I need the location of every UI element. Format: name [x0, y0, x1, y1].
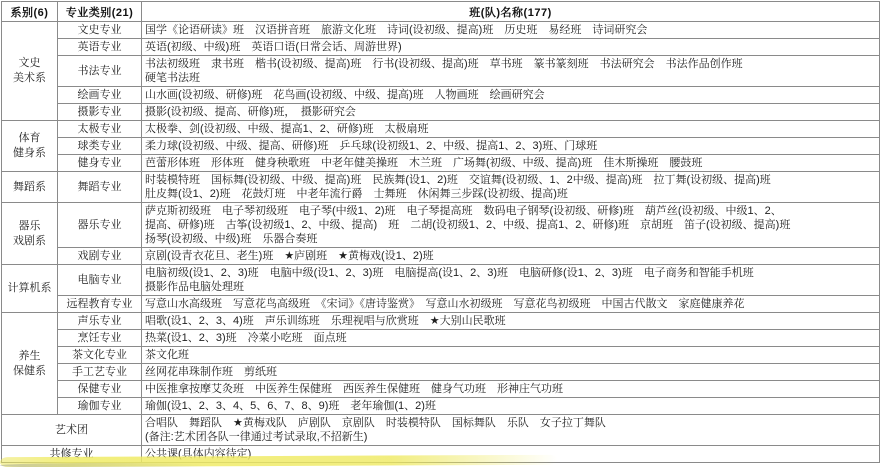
grey-smudge-mark: [0, 463, 210, 467]
table-row: 茶文化专业茶文化班: [2, 347, 880, 364]
course-table-body: 文史 美术系文史专业国学《论语研读》班 汉语拼音班 旅游文化班 诗词(设初级、提…: [2, 22, 880, 463]
major-cell: 绘画专业: [58, 87, 142, 104]
class-line: 书法初级班 隶书班 楷书(设初级、提高)班 行书(设初级、提高)班 草书班 篆书…: [145, 57, 876, 71]
class-line: 硬笔书法班: [145, 71, 876, 85]
major-cell: 保健专业: [58, 381, 142, 398]
classes-cell: 太极拳、剑(设初级、中级、提高1、2、研修)班 太极扇班: [142, 121, 880, 138]
classes-cell: 英语(初级、中级)班 英语口语(日常会话、周游世界): [142, 39, 880, 56]
classes-cell: 书法初级班 隶书班 楷书(设初级、提高)班 行书(设初级、提高)班 草书班 篆书…: [142, 56, 880, 87]
major-cell: 英语专业: [58, 39, 142, 56]
major-cell: 舞蹈专业: [58, 172, 142, 203]
department-cell: 体育 健身系: [2, 121, 58, 172]
class-line: 中医推拿按摩艾灸班 中医养生保健班 西医养生保健班 健身气功班 形神庄气功班: [145, 382, 876, 396]
table-row: 戏剧专业京剧(设青衣花旦、老生)班 ★庐剧班 ★黄梅戏(设1、2)班: [2, 248, 880, 265]
department-cell: 养生 保健系: [2, 313, 58, 415]
page: 系别(6) 专业类别(21) 班(队)名称(177) 文史 美术系文史专业国学《…: [0, 1, 882, 467]
major-cell: 球类专业: [58, 138, 142, 155]
table-row: 计算机系电脑专业电脑初级(设1、2、3)班 电脑中级(设1、2、3)班 电脑提高…: [2, 265, 880, 296]
major-cell: 瑜伽专业: [58, 398, 142, 415]
class-line: 国学《论语研读》班 汉语拼音班 旅游文化班 诗词(设初级、提高)班 历史班 易经…: [145, 23, 876, 37]
table-row: 文史 美术系文史专业国学《论语研读》班 汉语拼音班 旅游文化班 诗词(设初级、提…: [2, 22, 880, 39]
class-line: 唱歌(设1、2、3、4)班 声乐训练班 乐理视唱与欣赏班 ★大别山民歌班: [145, 314, 876, 328]
course-table: 系别(6) 专业类别(21) 班(队)名称(177) 文史 美术系文史专业国学《…: [1, 1, 880, 463]
class-line: 时装模特班 国标舞(设初级、中级、提高)班 民族舞(设1、2)班 交谊舞(设初级…: [145, 173, 876, 187]
table-row: 养生 保健系声乐专业唱歌(设1、2、3、4)班 声乐训练班 乐理视唱与欣赏班 ★…: [2, 313, 880, 330]
class-line: 柔力球(设初级、中级、提高、研修)班 乒乓球(设初级1、2、中级、提高1、2、3…: [145, 139, 876, 153]
major-cell: 茶文化专业: [58, 347, 142, 364]
table-row: 器乐 戏剧系器乐专业萨克斯初级班 电子琴初级班 电子琴(中级1、2)班 电子琴提…: [2, 203, 880, 248]
classes-cell: 公共课(具体内容待定): [142, 446, 880, 463]
table-row: 舞蹈系舞蹈专业时装模特班 国标舞(设初级、中级、提高)班 民族舞(设1、2)班 …: [2, 172, 880, 203]
classes-cell: 写意山水高级班 写意花鸟高级班 《宋词》《唐诗鉴赏》 写意山水初级班 写意花鸟初…: [142, 296, 880, 313]
class-line: 太极拳、剑(设初级、中级、提高1、2、研修)班 太极扇班: [145, 122, 876, 136]
classes-cell: 唱歌(设1、2、3、4)班 声乐训练班 乐理视唱与欣赏班 ★大别山民歌班: [142, 313, 880, 330]
classes-cell: 热菜(设1、2、3)班 冷菜小吃班 面点班: [142, 330, 880, 347]
major-cell: 戏剧专业: [58, 248, 142, 265]
class-line: 山水画(设初级、研修)班 花鸟画(设初级、中级、提高)班 人物画班 绘画研究会: [145, 88, 876, 102]
table-row: 手工艺专业丝网花串珠制作班 剪纸班: [2, 364, 880, 381]
table-row: 球类专业柔力球(设初级、中级、提高、研修)班 乒乓球(设初级1、2、中级、提高1…: [2, 138, 880, 155]
classes-cell: 京剧(设青衣花旦、老生)班 ★庐剧班 ★黄梅戏(设1、2)班: [142, 248, 880, 265]
department-cell: 舞蹈系: [2, 172, 58, 203]
classes-cell: 柔力球(设初级、中级、提高、研修)班 乒乓球(设初级1、2、中级、提高1、2、3…: [142, 138, 880, 155]
class-line: 英语(初级、中级)班 英语口语(日常会话、周游世界): [145, 40, 876, 54]
class-line: 热菜(设1、2、3)班 冷菜小吃班 面点班: [145, 331, 876, 345]
major-cell: 健身专业: [58, 155, 142, 172]
class-line: 芭蕾形体班 形体班 健身秧歌班 中老年健美操班 木兰班 广场舞(初级、中级、提高…: [145, 156, 876, 170]
classes-cell: 瑜伽(设1、2、3、4、5、6、7、8、9)班 老年瑜伽(1、2)班: [142, 398, 880, 415]
classes-cell: 时装模特班 国标舞(设初级、中级、提高)班 民族舞(设1、2)班 交谊舞(设初级…: [142, 172, 880, 203]
class-line: 提高、研修)班 古筝(设初级1、2、中级、提高) 班 二胡(设初级1、2、中级、…: [145, 218, 876, 232]
major-cell: 太极专业: [58, 121, 142, 138]
major-cell: 书法专业: [58, 56, 142, 87]
major-cell: 器乐专业: [58, 203, 142, 248]
header-classes: 班(队)名称(177): [142, 2, 880, 22]
major-cell: 文史专业: [58, 22, 142, 39]
major-cell: 烹饪专业: [58, 330, 142, 347]
class-line: 扬琴(设初级、中级)班 乐器合奏班: [145, 232, 876, 246]
class-line: 电脑初级(设1、2、3)班 电脑中级(设1、2、3)班 电脑提高(设1、2、3)…: [145, 266, 876, 280]
class-line: 萨克斯初级班 电子琴初级班 电子琴(中级1、2)班 电子琴提高班 数码电子钢琴(…: [145, 204, 876, 218]
table-row: 摄影专业摄影(设初级、提高、研修)班， 摄影研究会: [2, 104, 880, 121]
classes-cell: 萨克斯初级班 电子琴初级班 电子琴(中级1、2)班 电子琴提高班 数码电子钢琴(…: [142, 203, 880, 248]
table-row: 健身专业芭蕾形体班 形体班 健身秧歌班 中老年健美操班 木兰班 广场舞(初级、中…: [2, 155, 880, 172]
major-cell: 远程教育专业: [58, 296, 142, 313]
class-line: 公共课(具体内容待定): [145, 447, 876, 461]
classes-cell: 摄影(设初级、提高、研修)班， 摄影研究会: [142, 104, 880, 121]
class-line: 京剧(设青衣花旦、老生)班 ★庐剧班 ★黄梅戏(设1、2)班: [145, 249, 876, 263]
footer-label-cell: 共修专业: [2, 446, 142, 463]
table-row: 烹饪专业热菜(设1、2、3)班 冷菜小吃班 面点班: [2, 330, 880, 347]
class-line: 肚皮舞(设1、2)班 花鼓灯班 中老年流行爵 士舞班 休闲舞三步踩(设初级、提高…: [145, 187, 876, 201]
class-line: 丝网花串珠制作班 剪纸班: [145, 365, 876, 379]
table-row: 共修专业公共课(具体内容待定): [2, 446, 880, 463]
table-row: 绘画专业山水画(设初级、研修)班 花鸟画(设初级、中级、提高)班 人物画班 绘画…: [2, 87, 880, 104]
footer-label-cell: 艺术团: [2, 415, 142, 446]
classes-cell: 中医推拿按摩艾灸班 中医养生保健班 西医养生保健班 健身气功班 形神庄气功班: [142, 381, 880, 398]
classes-cell: 国学《论语研读》班 汉语拼音班 旅游文化班 诗词(设初级、提高)班 历史班 易经…: [142, 22, 880, 39]
major-cell: 声乐专业: [58, 313, 142, 330]
table-row: 英语专业英语(初级、中级)班 英语口语(日常会话、周游世界): [2, 39, 880, 56]
major-cell: 手工艺专业: [58, 364, 142, 381]
class-line: (备注:艺术团各队一律通过考试录取,不招新生): [145, 430, 876, 444]
classes-cell: 芭蕾形体班 形体班 健身秧歌班 中老年健美操班 木兰班 广场舞(初级、中级、提高…: [142, 155, 880, 172]
class-line: 摄影(设初级、提高、研修)班， 摄影研究会: [145, 105, 876, 119]
header-dept: 系别(6): [2, 2, 58, 22]
classes-cell: 丝网花串珠制作班 剪纸班: [142, 364, 880, 381]
classes-cell: 电脑初级(设1、2、3)班 电脑中级(设1、2、3)班 电脑提高(设1、2、3)…: [142, 265, 880, 296]
classes-cell: 茶文化班: [142, 347, 880, 364]
major-cell: 电脑专业: [58, 265, 142, 296]
table-row: 书法专业书法初级班 隶书班 楷书(设初级、提高)班 行书(设初级、提高)班 草书…: [2, 56, 880, 87]
class-line: 摄影作品电脑处理班: [145, 280, 876, 294]
class-line: 合唱队 舞蹈队 ★黄梅戏队 庐剧队 京剧队 时装模特队 国标舞队 乐队 女子拉丁…: [145, 416, 876, 430]
classes-cell: 山水画(设初级、研修)班 花鸟画(设初级、中级、提高)班 人物画班 绘画研究会: [142, 87, 880, 104]
table-row: 瑜伽专业瑜伽(设1、2、3、4、5、6、7、8、9)班 老年瑜伽(1、2)班: [2, 398, 880, 415]
header-row: 系别(6) 专业类别(21) 班(队)名称(177): [2, 2, 880, 22]
header-major: 专业类别(21): [58, 2, 142, 22]
table-row: 远程教育专业写意山水高级班 写意花鸟高级班 《宋词》《唐诗鉴赏》 写意山水初级班…: [2, 296, 880, 313]
class-line: 写意山水高级班 写意花鸟高级班 《宋词》《唐诗鉴赏》 写意山水初级班 写意花鸟初…: [145, 297, 876, 311]
major-cell: 摄影专业: [58, 104, 142, 121]
table-row: 艺术团合唱队 舞蹈队 ★黄梅戏队 庐剧队 京剧队 时装模特队 国标舞队 乐队 女…: [2, 415, 880, 446]
class-line: 茶文化班: [145, 348, 876, 362]
classes-cell: 合唱队 舞蹈队 ★黄梅戏队 庐剧队 京剧队 时装模特队 国标舞队 乐队 女子拉丁…: [142, 415, 880, 446]
department-cell: 计算机系: [2, 265, 58, 313]
table-row: 体育 健身系太极专业太极拳、剑(设初级、中级、提高1、2、研修)班 太极扇班: [2, 121, 880, 138]
class-line: 瑜伽(设1、2、3、4、5、6、7、8、9)班 老年瑜伽(1、2)班: [145, 399, 876, 413]
table-row: 保健专业中医推拿按摩艾灸班 中医养生保健班 西医养生保健班 健身气功班 形神庄气…: [2, 381, 880, 398]
department-cell: 器乐 戏剧系: [2, 203, 58, 265]
department-cell: 文史 美术系: [2, 22, 58, 121]
